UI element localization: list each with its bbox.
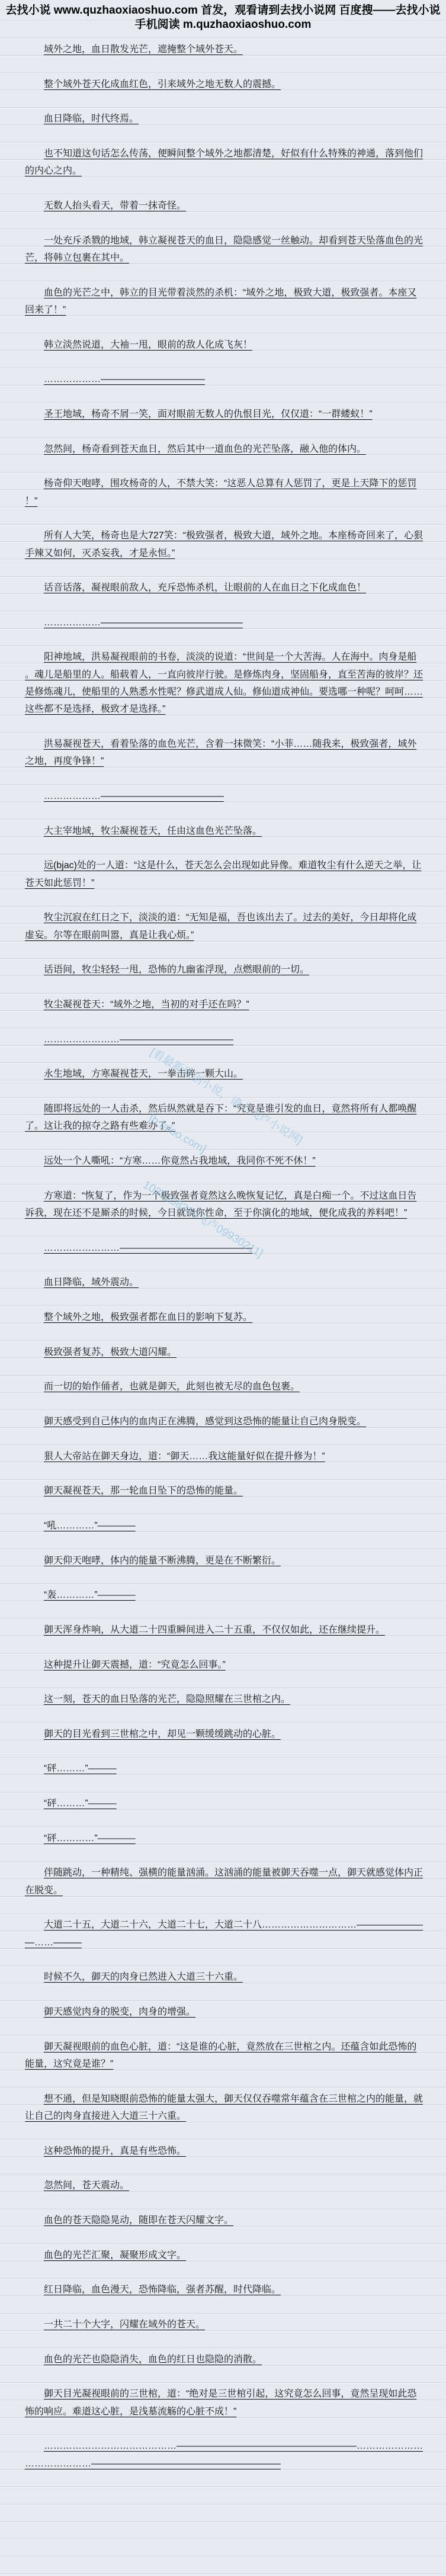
novel-paragraph: 血日降临，域外震动。 (25, 1274, 426, 1291)
novel-paragraph: 随即将远处的一人击杀，然后纵然就是吞下：“究竟是谁引发的血日，竟然将所有人都唤醒… (25, 1100, 426, 1135)
novel-paragraph: 极致强者复苏，极致大道闪耀。 (25, 1344, 426, 1361)
novel-paragraph: 这种恐怖的提升，真是有些恐怖。 (25, 2143, 426, 2160)
novel-paragraph: 血色的光芒也隐隐消失，血色的红日也隐隐的消散。 (25, 2351, 426, 2368)
novel-paragraph: 杨奇仰天咆哮，围攻杨奇的人，不禁大笑：“这恶人总算有人惩罚了，更是上天降下的惩罚… (25, 475, 426, 510)
novel-paragraph: 所有人大笑，杨奇也是大727笑：“极致强者，极致大道，域外之地。本座杨奇回来了，… (25, 527, 426, 562)
novel-paragraph: 狠人大帝站在御天身边，道：“御天……我这能量好似在提升修为！” (25, 1448, 426, 1465)
novel-paragraph: 域外之地，血日散发光芒，遮掩整个域外苍天。 (25, 41, 426, 58)
novel-paragraph: “轰…………”———— (25, 1586, 426, 1604)
novel-paragraph: ………………——————————— (25, 371, 426, 388)
novel-paragraph: ………………————————————— (25, 788, 426, 805)
novel-paragraph: 御天凝视眼前的血色心脏，道：“这是谁的心脏，竟然放在三世棺之内。还蕴含如此恐怖的… (25, 2038, 426, 2073)
novel-paragraph: “吼…………”———— (25, 1517, 426, 1534)
novel-paragraph: “砰………”——— (25, 1760, 426, 1777)
novel-paragraph: 伴随跳动，一种精纯、强横的能量汹涌。这汹涌的能量被御天吞噬一点，御天就感觉体内正… (25, 1864, 426, 1899)
novel-paragraph: 这一刻，苍天的血日坠落的光芒，隐隐照耀在三世棺之内。 (25, 1691, 426, 1708)
novel-paragraph: 大主宰地域，牧尘凝视苍天，任由这血色光芒坠落。 (25, 823, 426, 840)
novel-paragraph: 无数人抬头看天，带着一抹奇怪。 (25, 197, 426, 214)
novel-paragraph: 远处一个人嘶吼：“方寒……你竟然占我地域，我同你不死不休！” (25, 1152, 426, 1170)
novel-paragraph: 血色的苍天隐隐晃动，随即在苍天闪耀文字。 (25, 2212, 426, 2229)
novel-paragraph: 御天浑身炸响，从大道二十四重瞬间进入二十五重，不仅仅如此，还在继续提升。 (25, 1621, 426, 1639)
novel-paragraph: “砰………”——— (25, 1795, 426, 1812)
novel-paragraph: 牧尘沉寂在红日之下，淡淡的道：“无知是福，吾也该出去了。过去的美好，今日却将化成… (25, 909, 426, 944)
novel-paragraph: ……………………………………———————————————————…………………… (25, 2437, 426, 2472)
novel-paragraph: 牧尘凝视苍天：“域外之地，当初的对手还在吗？” (25, 996, 426, 1013)
site-header-line1: 去找小说 www.quzhaoxiaoshuo.com 首发，观看请到去找小说网… (0, 4, 446, 18)
novel-paragraph: ……………………———————————— (25, 1031, 426, 1048)
novel-paragraph: 一处充斥杀戮的地域，韩立凝视苍天的血日，隐隐感觉一丝触动。却看到苍天坠落血色的光… (25, 232, 426, 267)
site-header-line2: 手机阅读 m.quzhaoxiaoshuo.com (0, 18, 446, 32)
novel-paragraph: 洪易凝视苍天，看着坠落的血色光芒，含着一抹微笑：“小菲……随我来，极致强者，域外… (25, 735, 426, 770)
novel-paragraph: 御天目光凝视眼前的三世棺，道：“绝对是三世棺引起，这究竟怎么回事，竟然呈现如此恐… (25, 2385, 426, 2420)
novel-paragraph: 这种提升让御天震撼，道：“究竟怎么回事。” (25, 1656, 426, 1674)
novel-paragraph: 韩立淡然说道，大袖一甩，眼前的敌人化成飞灰！ (25, 336, 426, 354)
novel-paragraph: 御天的目光看到三世棺之中，却见一颗缓缓跳动的心脏。 (25, 1726, 426, 1743)
novel-paragraph: 血色的光芒汇聚，凝聚形成文字。 (25, 2247, 426, 2264)
chapter-content: 域外之地，血日散发光芒，遮掩整个域外苍天。整个域外苍天化成血红色，引来域外之地无… (25, 41, 426, 2472)
novel-paragraph: 一共二十个大字，闪耀在域外的苍天。 (25, 2316, 426, 2333)
novel-paragraph: 御天仰天咆哮，体内的能量不断沸腾，更是在不断繁衍。 (25, 1552, 426, 1569)
novel-paragraph: “砰…………”———— (25, 1830, 426, 1847)
novel-reader-page: 去找小说 www.quzhaoxiaoshuo.com 首发，观看请到去找小说网… (0, 0, 446, 2576)
novel-paragraph: 远(bjac)处的一人道：“这是什么，苍天怎么会出现如此异像。难道牧尘有什么逆天… (25, 857, 426, 892)
novel-paragraph: 话音话落，凝视眼前敌人，充斥恐怖杀机，让眼前的人在血日之下化成血色！ (25, 579, 426, 596)
novel-paragraph: 御天凝视苍天，那一轮血日坠下的恐怖的能量。 (25, 1482, 426, 1499)
novel-paragraph: 方寒道：“恢复了，作为一个极致强者竟然这么晚恢复记忆，真是白痴一个。不过这血日告… (25, 1187, 426, 1222)
novel-paragraph: 血日降临，时代终焉。 (25, 110, 426, 127)
novel-paragraph: 话语间，牧尘轻轻一甩，恐怖的九幽雀浮现，点燃眼前的一切。 (25, 961, 426, 978)
novel-paragraph: 圣王地域，杨奇不屑一笑，面对眼前无数人的仇恨目光，仅仅道：“一群蝼蚁！” (25, 406, 426, 423)
novel-paragraph: 整个域外之地，极致强者都在血日的影响下复苏。 (25, 1309, 426, 1326)
novel-paragraph: 时候不久，御天的肉身已然进入大道三十六重。 (25, 1968, 426, 1986)
novel-paragraph: 阳神地域，洪易凝视眼前的书卷，淡淡的说道：“世间是一个大苦海。人在海中。肉身是船… (25, 648, 426, 718)
novel-paragraph: 整个域外苍天化成血红色，引来域外之地无数人的震撼。 (25, 76, 426, 93)
novel-paragraph: 忽然间，杨奇看到苍天血日，然后其中一道血色的光芒坠落，融入他的体内。 (25, 441, 426, 458)
novel-paragraph: ………………——————————————— (25, 614, 426, 631)
novel-paragraph: 永生地域，方寒凝视苍天，一拳击碎一颗大山。 (25, 1065, 426, 1083)
novel-paragraph: 御天感觉肉身的脱变，肉身的增强。 (25, 2003, 426, 2021)
novel-paragraph: 想不通，但是知晓眼前恐怖的能量太强大，御天仅仅吞噬常年蕴含在三世棺之内的能量，就… (25, 2090, 426, 2125)
novel-paragraph: 血色的光芒之中，韩立的目光带着淡然的杀机：“域外之地，极致大道，极致强者。本座又… (25, 284, 426, 319)
site-header: 去找小说 www.quzhaoxiaoshuo.com 首发，观看请到去找小说网… (0, 0, 446, 32)
novel-paragraph: 大道二十五，大道二十六，大道二十七，大道二十八…………………………———————… (25, 1916, 426, 1951)
novel-paragraph: 红日降临，血色漫天，恐怖降临，强者苏醒，时代降临。 (25, 2281, 426, 2298)
novel-paragraph: ……………………—————————————— (25, 1239, 426, 1257)
novel-paragraph: 而一切的始作俑者，也就是御天，此刻也被无尽的血色包裹。 (25, 1378, 426, 1395)
novel-paragraph: 也不知道这句话怎么传荡，便瞬间整个域外之地都清楚，好似有什么特殊的神通，落到他们… (25, 145, 426, 180)
novel-paragraph: 御天感受到自己体内的血肉正在沸腾，感觉到这恐怖的能量让自己肉身脱变。 (25, 1413, 426, 1430)
novel-paragraph: 忽然间，苍天震动。 (25, 2177, 426, 2194)
